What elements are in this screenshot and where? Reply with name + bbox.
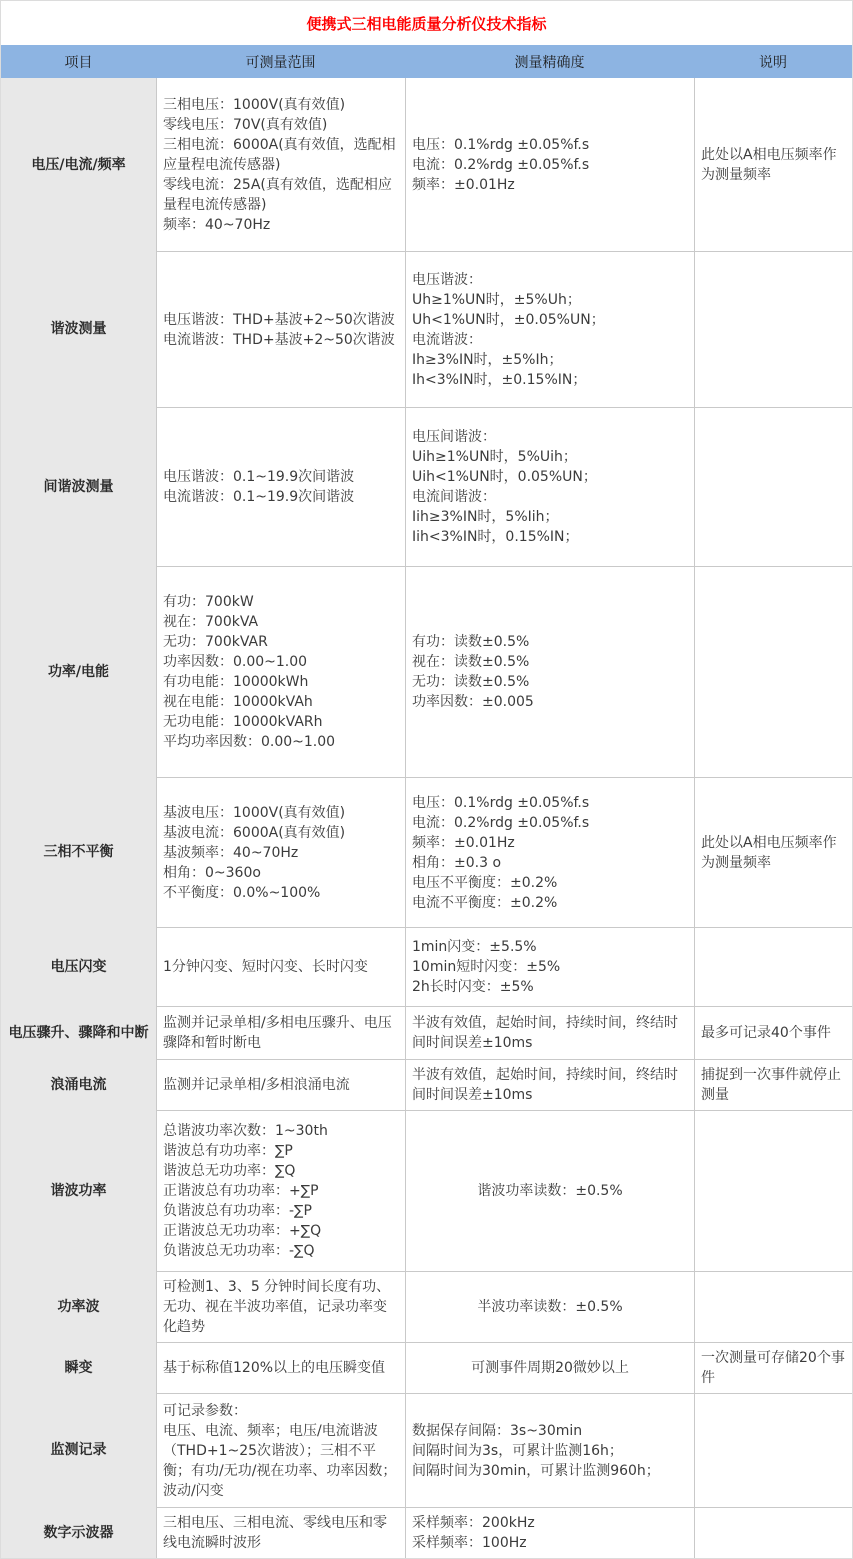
note-line: 此处以A相电压频率作为测量频率 <box>701 833 846 873</box>
table-row: 间谐波测量 电压谐波：0.1~19.9次间谐波电流谐波：0.1~19.9次间谐波… <box>1 407 852 566</box>
accuracy-line: 半波功率读数：±0.5% <box>477 1297 622 1317</box>
accuracy-cell: 采样频率：200kHz采样频率：100Hz <box>405 1507 694 1558</box>
note-cell <box>694 566 852 777</box>
column-header-accuracy: 测量精确度 <box>405 45 694 78</box>
accuracy-line: 频率：±0.01Hz <box>412 833 688 853</box>
note-line: 最多可记录40个事件 <box>701 1023 846 1043</box>
accuracy-line: 半波有效值，起始时间，持续时间，终结时间时间误差±10ms <box>412 1065 688 1105</box>
note-line: 捕捉到一次事件就停止测量 <box>701 1065 846 1105</box>
accuracy-cell: 半波有效值，起始时间，持续时间，终结时间时间误差±10ms <box>405 1006 694 1059</box>
accuracy-line: 有功：读数±0.5% <box>412 632 688 652</box>
range-line: 有功电能：10000kWh <box>163 672 399 692</box>
table-row: 三相不平衡 基波电压：1000V(真有效值)基波电流：6000A(真有效值)基波… <box>1 777 852 927</box>
accuracy-cell: 半波有效值，起始时间，持续时间，终结时间时间误差±10ms <box>405 1059 694 1110</box>
accuracy-line: Uih≥1%UN时，5%Uih； <box>412 447 688 467</box>
column-header-note: 说明 <box>694 45 852 78</box>
note-line: 此处以A相电压频率作为测量频率 <box>701 145 846 185</box>
range-line: 基波电压：1000V(真有效值) <box>163 803 399 823</box>
accuracy-line: 间隔时间为30min，可累计监测960h； <box>412 1461 688 1481</box>
range-cell: 基波电压：1000V(真有效值)基波电流：6000A(真有效值)基波频率：40~… <box>156 777 405 927</box>
table-row: 电压闪变 1分钟闪变、短时闪变、长时闪变 1min闪变：±5.5%10min短时… <box>1 927 852 1006</box>
note-cell <box>694 407 852 566</box>
range-cell: 电压谐波：THD+基波+2~50次谐波电流谐波：THD+基波+2~50次谐波 <box>156 251 405 407</box>
accuracy-cell: 电压间谐波：Uih≥1%UN时，5%Uih；Uih<1%UN时，0.05%UN；… <box>405 407 694 566</box>
accuracy-cell: 电压谐波：Uh≥1%UN时，±5%Uh；Uh<1%UN时，±0.05%UN；电流… <box>405 251 694 407</box>
accuracy-line: 频率：±0.01Hz <box>412 175 688 195</box>
accuracy-line: 视在：读数±0.5% <box>412 652 688 672</box>
range-line: 三相电压：1000V(真有效值) <box>163 95 399 115</box>
item-cell: 电压/电流/频率 <box>1 78 156 251</box>
range-line: 电压、电流、频率；电压/电流谐波（THD+1~25次谐波）；三相不平衡；有功/无… <box>163 1421 399 1501</box>
accuracy-line: 可测事件周期20微妙以上 <box>471 1358 629 1378</box>
range-line: 正谐波总无功功率：+∑Q <box>163 1221 399 1241</box>
note-line: 一次测量可存储20个事件 <box>701 1348 846 1388</box>
range-line: 无功：700kVAR <box>163 632 399 652</box>
table-row: 监测记录 可记录参数：电压、电流、频率；电压/电流谐波（THD+1~25次谐波）… <box>1 1393 852 1507</box>
accuracy-line: 相角：±0.3 o <box>412 853 688 873</box>
range-line: 视在：700kVA <box>163 612 399 632</box>
note-cell <box>694 1271 852 1342</box>
accuracy-line: 电流间谐波： <box>412 487 688 507</box>
range-cell: 监测并记录单相/多相浪涌电流 <box>156 1059 405 1110</box>
accuracy-line: 电压谐波： <box>412 270 688 290</box>
note-cell: 此处以A相电压频率作为测量频率 <box>694 78 852 251</box>
range-line: 监测并记录单相/多相浪涌电流 <box>163 1075 399 1095</box>
range-line: 电压谐波：THD+基波+2~50次谐波 <box>163 310 399 330</box>
range-cell: 总谐波功率次数：1~30th谐波总有功功率：∑P谐波总无功功率：∑Q正谐波总有功… <box>156 1110 405 1271</box>
accuracy-line: Ih≥3%IN时，±5%Ih； <box>412 350 688 370</box>
accuracy-line: 2h长时闪变：±5% <box>412 977 688 997</box>
note-cell <box>694 1393 852 1507</box>
range-line: 基波频率：40~70Hz <box>163 843 399 863</box>
table-row: 浪涌电流 监测并记录单相/多相浪涌电流 半波有效值，起始时间，持续时间，终结时间… <box>1 1059 852 1110</box>
range-line: 监测并记录单相/多相电压骤升、电压骤降和暂时断电 <box>163 1013 399 1053</box>
range-line: 零线电流：25A(真有效值，选配相应量程电流传感器) <box>163 175 399 215</box>
table-body: 电压/电流/频率 三相电压：1000V(真有效值)零线电压：70V(真有效值)三… <box>1 78 852 1558</box>
accuracy-cell: 可测事件周期20微妙以上 <box>405 1342 694 1393</box>
range-cell: 基于标称值120%以上的电压瞬变值 <box>156 1342 405 1393</box>
range-cell: 可记录参数：电压、电流、频率；电压/电流谐波（THD+1~25次谐波）；三相不平… <box>156 1393 405 1507</box>
accuracy-line: 数据保存间隔：3s~30min <box>412 1421 688 1441</box>
item-cell: 监测记录 <box>1 1393 156 1507</box>
accuracy-cell: 谐波功率读数：±0.5% <box>405 1110 694 1271</box>
item-cell: 谐波功率 <box>1 1110 156 1271</box>
note-cell <box>694 251 852 407</box>
range-line: 可检测1、3、5 分钟时间长度有功、无功、视在半波功率值，记录功率变化趋势 <box>163 1277 399 1337</box>
range-line: 1分钟闪变、短时闪变、长时闪变 <box>163 957 399 977</box>
range-cell: 三相电压：1000V(真有效值)零线电压：70V(真有效值)三相电流：6000A… <box>156 78 405 251</box>
item-cell: 电压闪变 <box>1 927 156 1006</box>
accuracy-line: 电压：0.1%rdg ±0.05%f.s <box>412 793 688 813</box>
range-line: 谐波总有功功率：∑P <box>163 1141 399 1161</box>
range-line: 零线电压：70V(真有效值) <box>163 115 399 135</box>
accuracy-line: 10min短时闪变：±5% <box>412 957 688 977</box>
note-cell: 此处以A相电压频率作为测量频率 <box>694 777 852 927</box>
note-cell: 捕捉到一次事件就停止测量 <box>694 1059 852 1110</box>
accuracy-line: Iih≥3%IN时，5%Iih； <box>412 507 688 527</box>
accuracy-cell: 数据保存间隔：3s~30min间隔时间为3s，可累计监测16h；间隔时间为30m… <box>405 1393 694 1507</box>
note-cell <box>694 1507 852 1558</box>
accuracy-line: 电流不平衡度：±0.2% <box>412 893 688 913</box>
accuracy-line: 电流谐波： <box>412 330 688 350</box>
range-line: 电流谐波：0.1~19.9次间谐波 <box>163 487 399 507</box>
accuracy-cell: 1min闪变：±5.5%10min短时闪变：±5%2h长时闪变：±5% <box>405 927 694 1006</box>
range-line: 视在电能：10000kVAh <box>163 692 399 712</box>
range-line: 无功电能：10000kVARh <box>163 712 399 732</box>
range-line: 谐波总无功功率：∑Q <box>163 1161 399 1181</box>
item-cell: 谐波测量 <box>1 251 156 407</box>
range-line: 总谐波功率次数：1~30th <box>163 1121 399 1141</box>
table-row: 电压骤升、骤降和中断 监测并记录单相/多相电压骤升、电压骤降和暂时断电 半波有效… <box>1 1006 852 1059</box>
accuracy-line: 半波有效值，起始时间，持续时间，终结时间时间误差±10ms <box>412 1013 688 1053</box>
note-cell <box>694 927 852 1006</box>
range-line: 负谐波总有功功率：-∑P <box>163 1201 399 1221</box>
accuracy-line: 采样频率：100Hz <box>412 1533 688 1553</box>
range-line: 负谐波总无功功率：-∑Q <box>163 1241 399 1261</box>
accuracy-cell: 电压：0.1%rdg ±0.05%f.s电流：0.2%rdg ±0.05%f.s… <box>405 777 694 927</box>
table-row: 谐波测量 电压谐波：THD+基波+2~50次谐波电流谐波：THD+基波+2~50… <box>1 251 852 407</box>
spec-sheet: 便携式三相电能质量分析仪技术指标 项目 可测量范围 测量精确度 说明 电压/电流… <box>0 0 853 1559</box>
range-cell: 有功：700kW视在：700kVA无功：700kVAR功率因数：0.00~1.0… <box>156 566 405 777</box>
range-line: 频率：40~70Hz <box>163 215 399 235</box>
accuracy-line: Uih<1%UN时，0.05%UN； <box>412 467 688 487</box>
item-cell: 数字示波器 <box>1 1507 156 1558</box>
range-line: 可记录参数： <box>163 1401 399 1421</box>
table-row: 数字示波器 三相电压、三相电流、零线电压和零线电流瞬时波形 采样频率：200kH… <box>1 1507 852 1558</box>
table-row: 电压/电流/频率 三相电压：1000V(真有效值)零线电压：70V(真有效值)三… <box>1 78 852 251</box>
table-row: 功率波 可检测1、3、5 分钟时间长度有功、无功、视在半波功率值，记录功率变化趋… <box>1 1271 852 1342</box>
column-header-item: 项目 <box>1 45 156 78</box>
accuracy-line: 无功：读数±0.5% <box>412 672 688 692</box>
note-cell: 一次测量可存储20个事件 <box>694 1342 852 1393</box>
accuracy-line: 电流：0.2%rdg ±0.05%f.s <box>412 813 688 833</box>
page-title: 便携式三相电能质量分析仪技术指标 <box>306 13 546 34</box>
table-header: 项目 可测量范围 测量精确度 说明 <box>1 45 852 78</box>
accuracy-line: 功率因数：±0.005 <box>412 692 688 712</box>
accuracy-line: Uh<1%UN时，±0.05%UN； <box>412 310 688 330</box>
item-cell: 电压骤升、骤降和中断 <box>1 1006 156 1059</box>
accuracy-line: 电压不平衡度：±0.2% <box>412 873 688 893</box>
range-cell: 1分钟闪变、短时闪变、长时闪变 <box>156 927 405 1006</box>
accuracy-line: 电压：0.1%rdg ±0.05%f.s <box>412 135 688 155</box>
range-cell: 三相电压、三相电流、零线电压和零线电流瞬时波形 <box>156 1507 405 1558</box>
table-row: 谐波功率 总谐波功率次数：1~30th谐波总有功功率：∑P谐波总无功功率：∑Q正… <box>1 1110 852 1271</box>
accuracy-line: Ih<3%IN时，±0.15%IN； <box>412 370 688 390</box>
range-line: 电压谐波：0.1~19.9次间谐波 <box>163 467 399 487</box>
title-bar: 便携式三相电能质量分析仪技术指标 <box>1 1 852 45</box>
accuracy-line: Iih<3%IN时，0.15%IN； <box>412 527 688 547</box>
item-cell: 瞬变 <box>1 1342 156 1393</box>
table-row: 功率/电能 有功：700kW视在：700kVA无功：700kVAR功率因数：0.… <box>1 566 852 777</box>
accuracy-line: 电流：0.2%rdg ±0.05%f.s <box>412 155 688 175</box>
accuracy-line: 间隔时间为3s，可累计监测16h； <box>412 1441 688 1461</box>
accuracy-line: Uh≥1%UN时，±5%Uh； <box>412 290 688 310</box>
accuracy-cell: 半波功率读数：±0.5% <box>405 1271 694 1342</box>
accuracy-line: 谐波功率读数：±0.5% <box>477 1181 622 1201</box>
accuracy-line: 采样频率：200kHz <box>412 1513 688 1533</box>
range-line: 三相电压、三相电流、零线电压和零线电流瞬时波形 <box>163 1513 399 1553</box>
item-cell: 浪涌电流 <box>1 1059 156 1110</box>
accuracy-line: 1min闪变：±5.5% <box>412 937 688 957</box>
item-cell: 功率波 <box>1 1271 156 1342</box>
range-line: 电流谐波：THD+基波+2~50次谐波 <box>163 330 399 350</box>
range-line: 基波电流：6000A(真有效值) <box>163 823 399 843</box>
range-line: 功率因数：0.00~1.00 <box>163 652 399 672</box>
item-cell: 功率/电能 <box>1 566 156 777</box>
note-cell <box>694 1110 852 1271</box>
range-line: 不平衡度：0.0%~100% <box>163 883 399 903</box>
range-line: 平均功率因数：0.00~1.00 <box>163 732 399 752</box>
range-line: 正谐波总有功功率：+∑P <box>163 1181 399 1201</box>
range-line: 相角：0~360o <box>163 863 399 883</box>
column-header-range: 可测量范围 <box>156 45 405 78</box>
range-line: 基于标称值120%以上的电压瞬变值 <box>163 1358 399 1378</box>
range-cell: 可检测1、3、5 分钟时间长度有功、无功、视在半波功率值，记录功率变化趋势 <box>156 1271 405 1342</box>
table-row: 瞬变 基于标称值120%以上的电压瞬变值 可测事件周期20微妙以上 一次测量可存… <box>1 1342 852 1393</box>
range-cell: 监测并记录单相/多相电压骤升、电压骤降和暂时断电 <box>156 1006 405 1059</box>
note-cell: 最多可记录40个事件 <box>694 1006 852 1059</box>
range-line: 有功：700kW <box>163 592 399 612</box>
accuracy-cell: 电压：0.1%rdg ±0.05%f.s电流：0.2%rdg ±0.05%f.s… <box>405 78 694 251</box>
accuracy-cell: 有功：读数±0.5%视在：读数±0.5%无功：读数±0.5%功率因数：±0.00… <box>405 566 694 777</box>
range-line: 三相电流：6000A(真有效值，选配相应量程电流传感器) <box>163 135 399 175</box>
item-cell: 三相不平衡 <box>1 777 156 927</box>
range-cell: 电压谐波：0.1~19.9次间谐波电流谐波：0.1~19.9次间谐波 <box>156 407 405 566</box>
item-cell: 间谐波测量 <box>1 407 156 566</box>
accuracy-line: 电压间谐波： <box>412 427 688 447</box>
